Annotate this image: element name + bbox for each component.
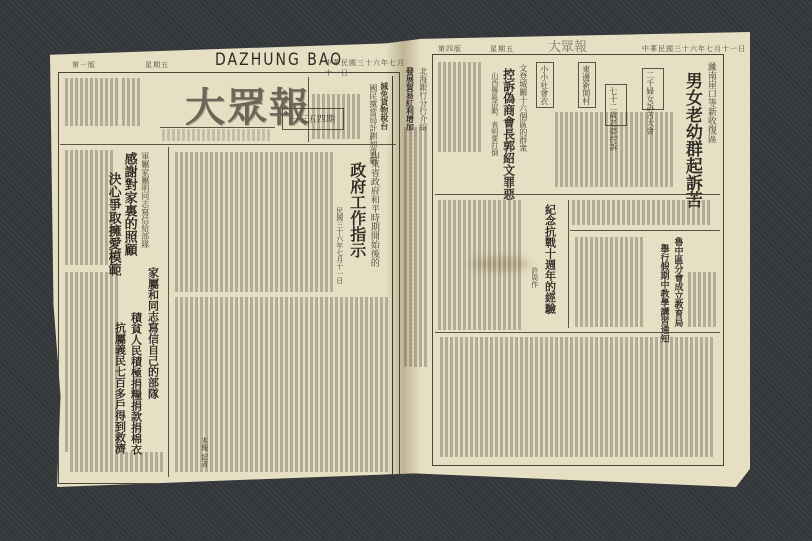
headline-center: 政府工作指示: [348, 162, 365, 258]
headline-right-kicker: 濰南崖口等新收復區: [705, 62, 715, 143]
latin-masthead: DAZHUNG BAO: [215, 50, 343, 69]
headline-lower-right-1: 魯中區分會成立教育局: [672, 237, 681, 327]
text-block: [438, 62, 483, 152]
divider: [60, 144, 396, 145]
text-block: [688, 272, 716, 327]
left-page: 第一版 星期五 DAZHUNG BAO 中華民國三十六年七月十一日 大眾報 一三…: [50, 32, 405, 487]
box-3: 小小社會衣: [539, 65, 548, 105]
headline-center-kicker: 山東省政府和平時期開始後的: [368, 150, 378, 267]
newspaper-photo: 第一版 星期五 DAZHUNG BAO 中華民國三十六年七月十一日 大眾報 一三…: [50, 32, 750, 487]
left-page-weekday: 星期五: [145, 60, 169, 70]
divider: [570, 230, 720, 231]
text-block: [175, 152, 335, 292]
headline-left-2: 決心爭取擁愛模範: [106, 172, 120, 276]
headline-right: 男女老幼群起訴苦: [682, 72, 700, 208]
right-page-weekday: 星期五: [490, 44, 514, 54]
column-rule: [392, 76, 393, 476]
divider: [308, 77, 309, 142]
byline: 本報 記者: [200, 437, 208, 467]
divider: [435, 332, 720, 333]
headline-left: 控訴偽商會長郭紹文罪惡: [502, 68, 515, 200]
headline-center-note: 民國三十六年七月十一日: [335, 207, 343, 284]
text-block: [312, 94, 362, 139]
headline-left-1: 感謝對家裏的照顧: [122, 152, 136, 256]
column-rule: [168, 147, 169, 477]
top-right-box-title: 減免貨物稅台: [380, 82, 389, 130]
headline-left-kicker: 軍屬家屬明同志寫信給部隊: [140, 152, 149, 248]
text-block: [162, 129, 272, 141]
text-block: [575, 237, 645, 327]
stain: [470, 257, 530, 271]
headline-bottom-2: 抗屬義民七百多戶得到救濟: [114, 322, 126, 454]
side-column-kicker: 北海銀行分行介紹: [418, 67, 427, 131]
right-page-date: 中華民國三十六年七月十一日: [642, 44, 746, 54]
text-block: [404, 127, 429, 367]
divider: [160, 127, 275, 128]
headline-left-kicker: 文登城關十六個區的群衆: [518, 64, 527, 152]
headline-lower-right-2: 舉行假期中教學講習通知: [658, 244, 667, 343]
right-page: 北海銀行分行介紹 發展貿易紅利增加 第四版 星期五 大眾報 中華民國三十六年七月…: [410, 32, 750, 487]
text-block: [555, 112, 675, 187]
text-block: [65, 272, 120, 452]
headline-mid: 家屬和同志寫信自己的部隊: [147, 267, 159, 399]
headline-mid: 紀念抗戰十週年的經驗: [544, 204, 556, 314]
headline-bottom-1: 積貧人民積極捐糧捐款捐棉衣: [130, 312, 142, 455]
text-block: [70, 452, 165, 472]
left-page-number: 第一版: [72, 60, 96, 70]
side-column-title: 發展貿易紅利增加: [406, 67, 414, 131]
headline-mid-byline: 許周作: [530, 267, 538, 288]
divider: [435, 194, 720, 195]
text-block: [122, 78, 140, 126]
text-block: [572, 200, 712, 225]
column-rule: [568, 200, 569, 328]
box-4: 東邊新開村: [581, 65, 590, 105]
text-block: [65, 78, 120, 126]
right-masthead: 大眾報: [548, 36, 587, 55]
text-block: [440, 337, 715, 457]
right-page-number: 第四版: [438, 44, 462, 54]
headline-left-sub: 山西縣區活動、表明要打倒: [490, 72, 498, 156]
